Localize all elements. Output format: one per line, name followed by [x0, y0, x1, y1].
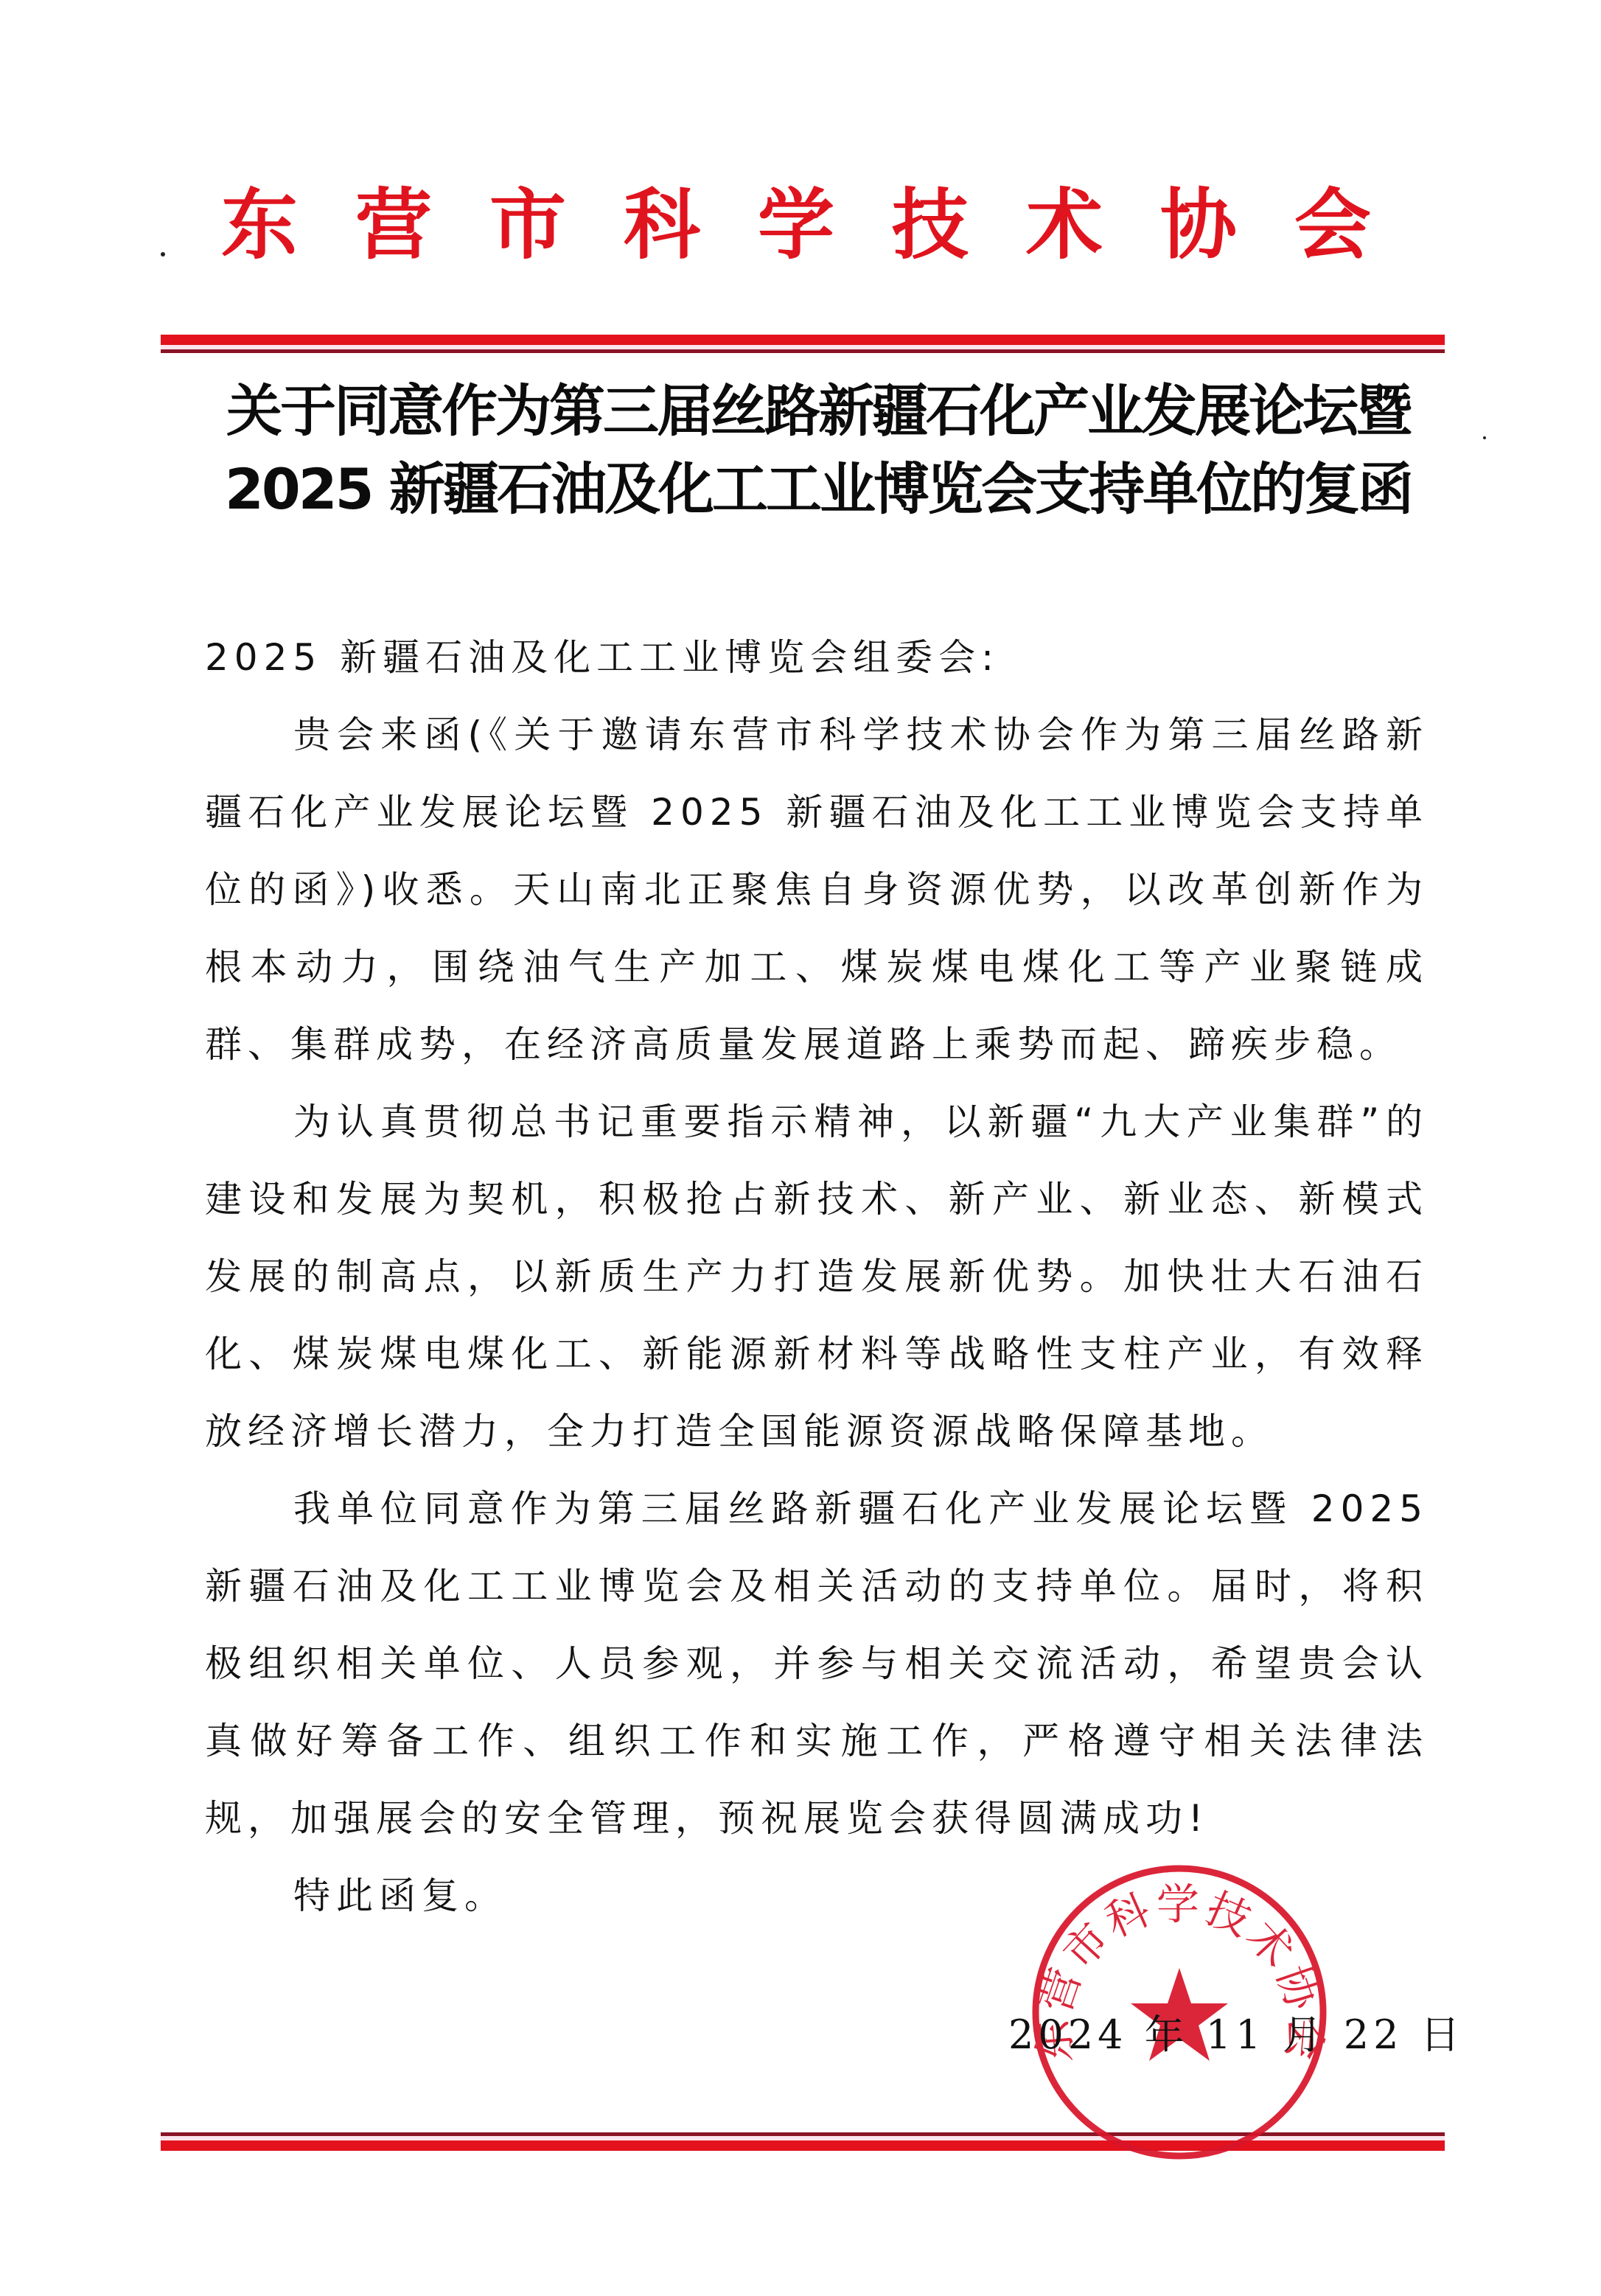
- letterhead-divider: [161, 335, 1445, 353]
- divider-thick-line: [161, 335, 1445, 345]
- letterhead-char: 会: [1294, 186, 1371, 263]
- letterhead-organization: 东 营 市 科 学 技 术 协 会: [221, 170, 1371, 280]
- paragraph-1: 贵会来函(《关于邀请东营市科学技术协会作为第三届丝路新疆石化产业发展论坛暨 20…: [205, 697, 1429, 1084]
- letterhead-char: 东: [221, 186, 298, 263]
- title-line-2: 2025 新疆石油及化工工业博览会支持单位的复函: [184, 450, 1452, 528]
- letterhead-char: 学: [758, 186, 834, 263]
- letterhead-char: 术: [1026, 186, 1103, 263]
- letterhead-char: 市: [489, 186, 566, 263]
- salutation: 2025 新疆石油及化工工业博览会组委会:: [205, 619, 1429, 697]
- paragraph-3: 我单位同意作为第三届丝路新疆石化产业发展论坛暨 2025 新疆石油及化工工业博览…: [205, 1470, 1429, 1857]
- paragraph-2: 为认真贯彻总书记重要指示精神，以新疆“九大产业集群”的建设和发展为契机，积极抢占…: [205, 1084, 1429, 1470]
- title-line-1: 关于同意作为第三届丝路新疆石化产业发展论坛暨: [184, 372, 1452, 450]
- divider-thin-line: [161, 349, 1445, 353]
- letter-body: 2025 新疆石油及化工工业博览会组委会: 贵会来函(《关于邀请东营市科学技术协…: [205, 619, 1429, 1935]
- letterhead-char: 协: [1160, 186, 1237, 263]
- letter-date: 2024 年 11 月 22 日: [1008, 2003, 1465, 2060]
- letterhead-char: 营: [355, 186, 432, 263]
- letterhead-char: 技: [892, 186, 969, 263]
- scan-speck: [161, 252, 165, 257]
- letterhead-char: 科: [624, 186, 700, 263]
- document-title: 关于同意作为第三届丝路新疆石化产业发展论坛暨 2025 新疆石油及化工工业博览会…: [184, 372, 1452, 528]
- scan-speck: [1483, 436, 1486, 439]
